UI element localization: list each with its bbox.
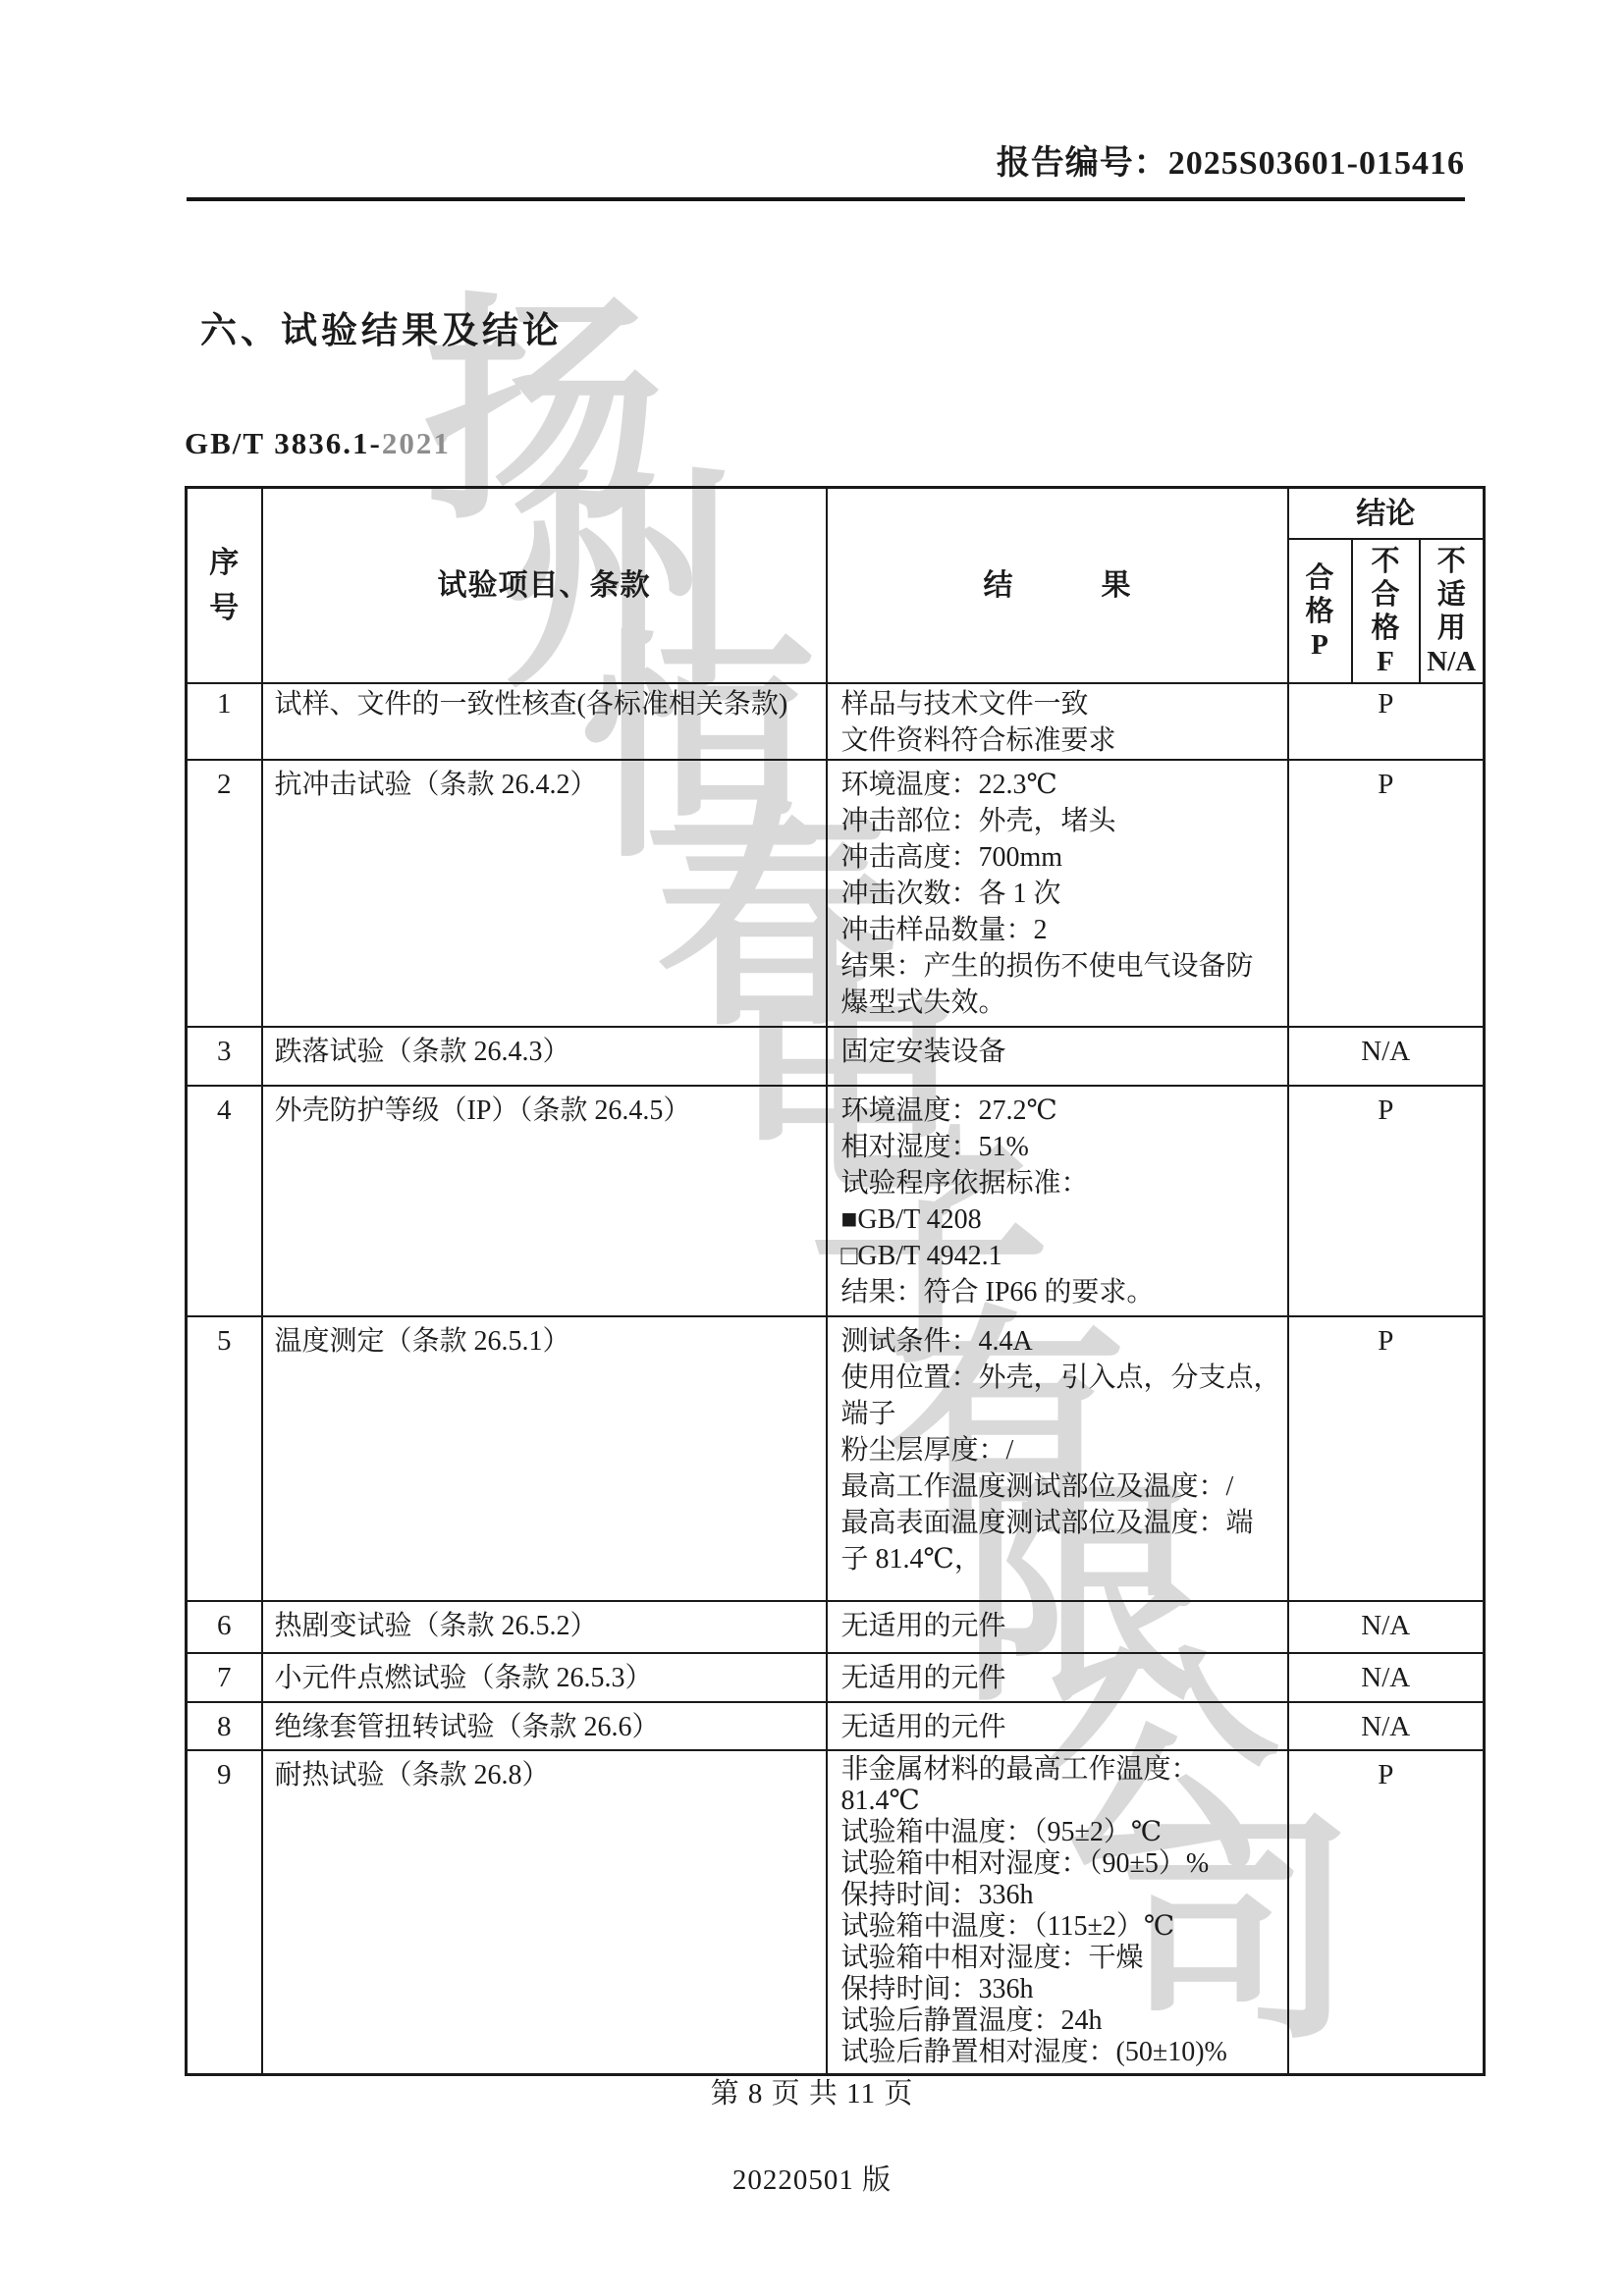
row-number-cell: 1 [187,683,262,760]
table-row: 2 抗冲击试验（条款 26.4.2） 环境温度：22.3℃ 冲击部位：外壳，堵头… [187,760,1485,1027]
column-header-pass: 合 格 P [1288,539,1352,683]
conclusion-cell: P [1288,1086,1485,1316]
header-rule [187,197,1465,201]
report-number: 报告编号：2025S03601-015416 [997,135,1465,184]
table-row: 1 试样、文件的一致性核查(各标准相关条款) 样品与技术文件一致 文件资料符合标… [187,683,1485,760]
conclusion-cell: N/A [1288,1653,1485,1702]
page-number: 第 8 页 共 11 页 [0,2071,1624,2111]
result-cell: 无适用的元件 [827,1702,1288,1750]
test-item-cell: 绝缘套管扭转试验（条款 26.6） [262,1702,827,1750]
test-item-cell: 抗冲击试验（条款 26.4.2） [262,760,827,1027]
row-number-cell: 5 [187,1316,262,1601]
table-row: 4 外壳防护等级（IP）（条款 26.4.5） 环境温度：27.2℃ 相对湿度：… [187,1086,1485,1316]
test-item-cell: 小元件点燃试验（条款 26.5.3） [262,1653,827,1702]
conclusion-cell: P [1288,683,1485,760]
report-number-value: 2025S03601-015416 [1168,145,1465,182]
row-number-cell: 3 [187,1027,262,1086]
result-cell: 无适用的元件 [827,1601,1288,1653]
standard-label: GB/T 3836.1-2021 [185,426,451,461]
report-page: 扬州恒春电子有限公司 报告编号：2025S03601-015416 六、试验结果… [0,0,1624,2296]
result-cell: 样品与技术文件一致 文件资料符合标准要求 [827,683,1288,760]
row-number-cell: 6 [187,1601,262,1653]
test-item-cell: 试样、文件的一致性核查(各标准相关条款) [262,683,827,760]
test-item-cell: 温度测定（条款 26.5.1） [262,1316,827,1601]
column-header-no: 序 号 [187,488,262,684]
result-cell: 固定安装设备 [827,1027,1288,1086]
conclusion-cell: P [1288,1750,1485,2074]
result-cell: 环境温度：22.3℃ 冲击部位：外壳，堵头 冲击高度：700mm 冲击次数：各 … [827,760,1288,1027]
table-row: 9 耐热试验（条款 26.8） 非金属材料的最高工作温度： 81.4℃ 试验箱中… [187,1750,1485,2074]
result-cell: 环境温度：27.2℃ 相对湿度：51% 试验程序依据标准： ■GB/T 4208… [827,1086,1288,1316]
table-row: 8 绝缘套管扭转试验（条款 26.6） 无适用的元件 N/A [187,1702,1485,1750]
conclusion-cell: N/A [1288,1027,1485,1086]
section-title: 六、试验结果及结论 [200,300,563,353]
row-number-cell: 2 [187,760,262,1027]
row-number-cell: 7 [187,1653,262,1702]
standard-year: 2021 [382,426,451,460]
result-cell: 测试条件：4.4A 使用位置：外壳，引入点，分支点， 端子 粉尘层厚度：/ 最高… [827,1316,1288,1601]
row-number-cell: 4 [187,1086,262,1316]
test-item-cell: 耐热试验（条款 26.8） [262,1750,827,2074]
table-row: 7 小元件点燃试验（条款 26.5.3） 无适用的元件 N/A [187,1653,1485,1702]
column-header-item: 试验项目、条款 [262,488,827,684]
row-number-cell: 9 [187,1750,262,2074]
column-header-na: 不 适 用 N/A [1420,539,1485,683]
report-number-label: 报告编号： [997,145,1168,182]
table-row: 5 温度测定（条款 26.5.1） 测试条件：4.4A 使用位置：外壳，引入点，… [187,1316,1485,1601]
conclusion-cell: N/A [1288,1601,1485,1653]
test-item-cell: 跌落试验（条款 26.4.3） [262,1027,827,1086]
test-item-cell: 热剧变试验（条款 26.5.2） [262,1601,827,1653]
conclusion-cell: P [1288,1316,1485,1601]
test-item-cell: 外壳防护等级（IP）（条款 26.4.5） [262,1086,827,1316]
version-label: 20220501 版 [0,2158,1624,2198]
conclusion-cell: P [1288,760,1485,1027]
results-table-body: 1 试样、文件的一致性核查(各标准相关条款) 样品与技术文件一致 文件资料符合标… [187,683,1485,2074]
column-header-result: 结 果 [827,488,1288,684]
conclusion-cell: N/A [1288,1702,1485,1750]
result-cell: 无适用的元件 [827,1653,1288,1702]
row-number-cell: 8 [187,1702,262,1750]
header-row-top: 序 号 试验项目、条款 结 果 结论 [187,488,1485,540]
results-table: 序 号 试验项目、条款 结 果 结论 合 格 P 不 合 格 F 不 适 用 N… [185,486,1486,2076]
table-row: 6 热剧变试验（条款 26.5.2） 无适用的元件 N/A [187,1601,1485,1653]
result-cell: 非金属材料的最高工作温度： 81.4℃ 试验箱中温度：（95±2）℃ 试验箱中相… [827,1750,1288,2074]
standard-prefix: GB/T 3836.1- [185,426,382,460]
column-header-fail: 不 合 格 F [1352,539,1420,683]
column-header-conclusion: 结论 [1288,488,1485,540]
results-table-header: 序 号 试验项目、条款 结 果 结论 合 格 P 不 合 格 F 不 适 用 N… [187,488,1485,684]
table-row: 3 跌落试验（条款 26.4.3） 固定安装设备 N/A [187,1027,1485,1086]
